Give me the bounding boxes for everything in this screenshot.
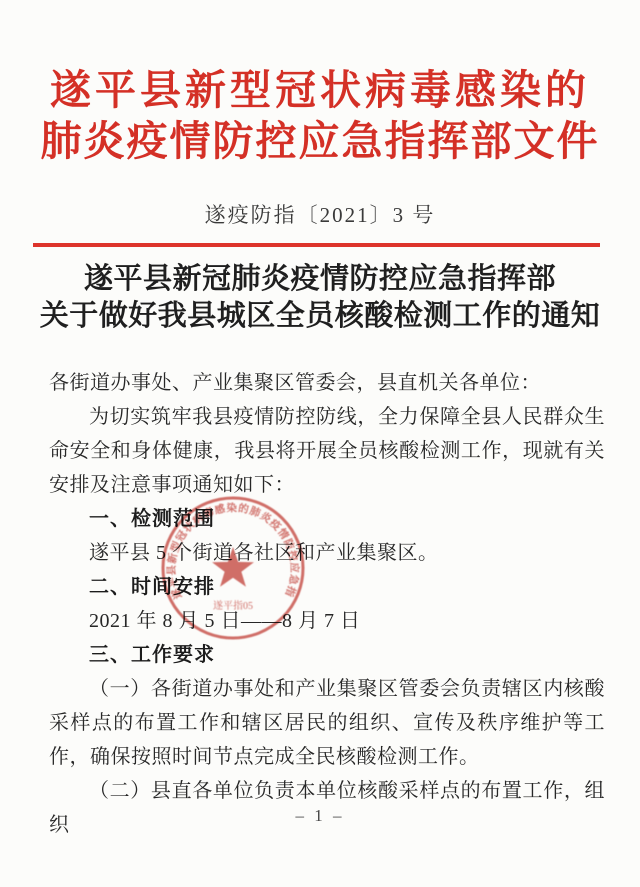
document-title: 遂平县新冠肺炎疫情防控应急指挥部 关于做好我县城区全员核酸检测工作的通知 — [0, 261, 640, 335]
document-title-line2: 关于做好我县城区全员核酸检测工作的通知 — [0, 298, 640, 335]
section3-heading: 三、工作要求 — [49, 638, 605, 672]
document-body: 各街道办事处、产业集聚区管委会，县直机关各单位： 为切实筑牢我县疫情防控防线，全… — [49, 366, 605, 842]
section3-item1: （一）各街道办事处和产业集聚区管委会负责辖区内核酸采样点的布置工作和辖区居民的组… — [49, 672, 605, 774]
section2-text: 2021 年 8 月 5 日——8 月 7 日 — [49, 604, 605, 638]
salutation: 各街道办事处、产业集聚区管委会，县直机关各单位： — [49, 366, 605, 400]
section1-text: 遂平县 5 个街道各社区和产业集聚区。 — [49, 536, 605, 570]
document-number: 遂疫防指〔2021〕3 号 — [0, 199, 640, 229]
letterhead-line2: 肺炎疫情防控应急指挥部文件 — [0, 116, 640, 167]
red-divider-rule — [33, 243, 600, 247]
document-page: 遂平县新型冠状病毒感染的 肺炎疫情防控应急指挥部文件 遂疫防指〔2021〕3 号… — [0, 0, 640, 887]
section1-heading: 一、检测范围 — [49, 502, 605, 536]
letterhead: 遂平县新型冠状病毒感染的 肺炎疫情防控应急指挥部文件 — [0, 64, 640, 167]
document-title-line1: 遂平县新冠肺炎疫情防控应急指挥部 — [0, 261, 640, 298]
page-number: – 1 – — [0, 806, 640, 826]
intro-paragraph: 为切实筑牢我县疫情防控防线，全力保障全县人民群众生命安全和身体健康，我县将开展全… — [49, 400, 605, 502]
letterhead-line1: 遂平县新型冠状病毒感染的 — [0, 64, 640, 116]
section2-heading: 二、时间安排 — [49, 570, 605, 604]
